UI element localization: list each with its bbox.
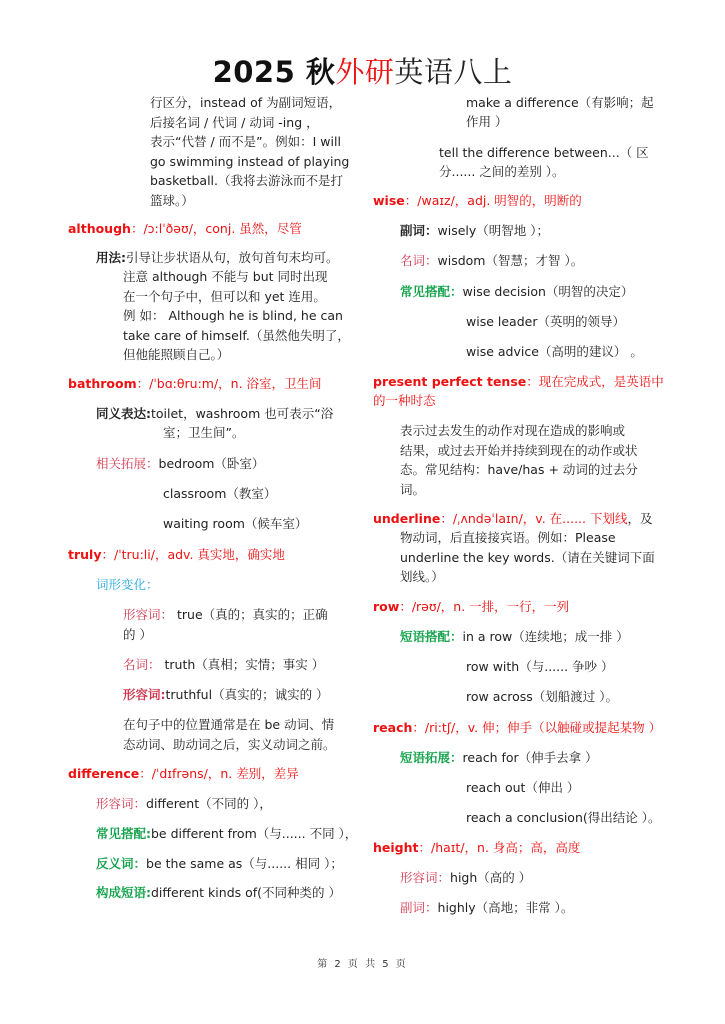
text-line: true（真的；真实的；正确	[173, 607, 328, 622]
text-line: classroom（教室）	[163, 484, 276, 502]
text-line: different（不同的 ），	[146, 796, 272, 811]
text-line: 行区分，instead of 为副词短语，	[150, 93, 350, 113]
entry-truly-heading: truly：/ˈtru:li/，adv. 真实地，确实地	[68, 545, 285, 564]
text-line: row across（划船渡过 ）。	[466, 687, 618, 705]
form-label: 形容词：	[123, 607, 173, 622]
item-label: 形容词：	[400, 870, 450, 885]
entry-present-perfect-heading: present perfect tense：现在完成式，是英语中	[373, 372, 664, 391]
entry-bathroom-heading: bathroom：/ˈbɑ:θru:m/，n. 浴室，卫生间	[68, 374, 322, 393]
text-line: highly（高地；非常 ）。	[438, 900, 574, 915]
text-line: reach out（伸出 ）	[466, 778, 579, 796]
text-line: tell the difference between...（ 区	[439, 143, 649, 161]
text-line: 在一个句子中，但可以和 yet 连用。	[123, 287, 353, 307]
title-subject: 英语八上	[394, 55, 512, 89]
entry-although-heading: although：/ɔ:lˈðəʊ/，conj. 虽然，尽管	[68, 219, 302, 238]
text-line: wise decision（明智的决定）	[463, 284, 634, 299]
text-line: 但他能照顾自己。）	[123, 345, 353, 365]
synonym-row: 同义表达:toilet，washroom 也可表示“浴	[96, 404, 333, 422]
headword: difference	[68, 766, 139, 781]
related-row: 相关拓展：bedroom（卧室）	[96, 454, 264, 472]
form-label: 名词：	[123, 657, 161, 672]
text-line: be different from（与...... 不同 ），	[151, 826, 357, 841]
usage-row: 用法:引导让步状语从句，放句首句末均可。	[96, 248, 339, 266]
text-line: 态动词、助动词之后，实义动词之前。	[123, 735, 358, 755]
form-adjective-2: 形容词:truthful（真实的；诚实的 ）	[123, 685, 329, 703]
text-line: ，及	[627, 511, 652, 526]
text-line: waiting room（候车室）	[163, 514, 307, 532]
row-phrases: 短语搭配：in a row（连续地；成一排 ）	[400, 627, 629, 645]
text-line: bedroom（卧室）	[159, 456, 265, 471]
text-line: truthful（真实的；诚实的 ）	[166, 687, 329, 702]
difference-collocation: 常见搭配:be different from（与...... 不同 ），	[96, 824, 357, 842]
entry-difference-heading: difference：/ˈdɪfrəns/，n. 差别，差异	[68, 764, 299, 783]
text-line: make a difference（有影响；起	[466, 93, 654, 111]
wise-adverb: 副词：wisely（明智地 ）；	[400, 221, 549, 239]
text-line: 物动词，后直接接宾语。例如：Please	[400, 528, 660, 548]
text-line: wisely（明智地 ）；	[438, 223, 550, 238]
headword: underline	[373, 511, 440, 526]
item-label: 名词：	[400, 253, 438, 268]
text-line: underline the key words.（请在关键词下面	[400, 548, 660, 568]
headword: reach	[373, 720, 412, 735]
title-publisher: 外研	[335, 55, 394, 89]
difference-adjective: 形容词：different（不同的 ），	[96, 794, 272, 812]
headword: although	[68, 221, 131, 236]
entry-wise-heading: wise：/waɪz/，adj. 明智的，明断的	[373, 191, 582, 210]
item-label: 副词：	[400, 900, 438, 915]
underline-body: 物动词，后直接接宾语。例如：Please underline the key w…	[400, 528, 660, 587]
item-label: 常见搭配：	[400, 284, 463, 299]
wise-noun: 名词：wisdom（智慧；才智 ）。	[400, 251, 583, 269]
text-line: 篮球。）	[150, 191, 350, 211]
text-line: 后接名词 / 代词 / 动词 -ing ，	[150, 113, 350, 133]
definition: ：现在完成式，是英语中	[526, 374, 664, 389]
text-line: go swimming instead of playing	[150, 152, 350, 172]
headword: present perfect tense	[373, 374, 526, 389]
definition: ：/ˈdɪfrəns/，n. 差别，差异	[139, 766, 298, 781]
text-line: 作用 ）	[466, 112, 507, 130]
form-adjective: 形容词： true（真的；真实的；正确	[123, 605, 328, 623]
definition: ：/rəʊ/，n. 一排，一行，一列	[399, 599, 569, 614]
text-line: 表示过去发生的动作对现在造成的影响或	[400, 421, 660, 441]
entry-underline-heading: underline：/ˌʌndəˈlaɪn/，v. 在...... 下划线，及	[373, 509, 653, 528]
headword: truly	[68, 547, 101, 562]
item-label: 副词：	[400, 223, 438, 238]
text-line: reach a conclusion(得出结论 ）。	[466, 808, 660, 826]
text-line: wisdom（智慧；才智 ）。	[438, 253, 584, 268]
forms-label: 词形变化：	[96, 575, 159, 593]
text-line: toilet，washroom 也可表示“浴	[151, 406, 333, 421]
definition: ：/haɪt/，n. 身高；高，高度	[418, 840, 580, 855]
item-label: 短语搭配：	[400, 629, 463, 644]
text-line: wise advice（高明的建议） 。	[466, 342, 643, 360]
item-label: 短语拓展：	[400, 750, 463, 765]
reach-phrases: 短语拓展：reach for（伸手去拿 ）	[400, 748, 598, 766]
height-adjective: 形容词：high（高的 ）	[400, 868, 531, 886]
text-line: different kinds of(不同种类的 ）	[151, 885, 341, 900]
synonym-label: 同义表达:	[96, 406, 151, 421]
position-note: 在句子中的位置通常是在 be 动词、情 态动词、助动词之后，实义动词之前。	[123, 715, 358, 754]
definition: ：/waɪz/，adj. 明智的，明断的	[405, 193, 582, 208]
definition: ：/ˌʌndəˈlaɪn/，v. 在...... 下划线	[440, 511, 627, 526]
definition: ：/ˈtru:li/，adv. 真实地，确实地	[101, 547, 284, 562]
entry-reach-heading: reach：/ri:tʃ/，v. 伸；伸手（以触碰或提起某物 ）	[373, 718, 661, 737]
text-line: 词。	[400, 480, 660, 500]
usage-body: 注意 although 不能与 but 同时出现 在一个句子中，但可以和 yet…	[123, 267, 353, 365]
difference-phrase: 构成短语:different kinds of(不同种类的 ）	[96, 883, 341, 901]
definition: ：/ˈbɑ:θru:m/，n. 浴室，卫生间	[137, 376, 322, 391]
text-line: 引导让步状语从句，放句首句末均可。	[126, 250, 339, 265]
headword: row	[373, 599, 399, 614]
text-line: take care of himself.（虽然他失明了，	[123, 326, 353, 346]
item-label: 反义词：	[96, 856, 146, 871]
text-line: 的 ）	[123, 625, 152, 643]
definition: ：/ri:tʃ/，v. 伸；伸手（以触碰或提起某物 ）	[412, 720, 661, 735]
text-line: 例 如： Although he is blind, he can	[123, 306, 353, 326]
difference-antonym: 反义词：be the same as（与...... 相同 ）；	[96, 854, 343, 872]
usage-label: 用法:	[96, 250, 126, 265]
text-line: row with（与...... 争吵 ）	[466, 657, 614, 675]
item-label: 常见搭配:	[96, 826, 151, 841]
title-year: 2025 秋	[213, 55, 336, 89]
text-line: 分...... 之间的差别 ）。	[439, 162, 565, 180]
form-label: 形容词:	[123, 687, 166, 702]
text-line: 划线。）	[400, 567, 660, 587]
page-number: 第 2 页 共 5 页	[0, 955, 725, 970]
text-line: 注意 although 不能与 but 同时出现	[123, 267, 353, 287]
headword: wise	[373, 193, 405, 208]
text-line: be the same as（与...... 相同 ）；	[146, 856, 343, 871]
text-line: basketball.（我将去游泳而不是打	[150, 171, 350, 191]
item-label: 构成短语:	[96, 885, 151, 900]
item-label: 形容词：	[96, 796, 146, 811]
text-line: wise leader（英明的领导）	[466, 312, 625, 330]
form-noun: 名词： truth（真相；实情；事实 ）	[123, 655, 324, 673]
document-title: 2025 秋外研英语八上	[0, 50, 725, 91]
text-line: high（高的 ）	[450, 870, 531, 885]
text-line: 结果，或过去开始并持续到现在的动作或状	[400, 441, 660, 461]
headword: bathroom	[68, 376, 137, 391]
definition: 的一种时态	[373, 391, 436, 410]
text-line: truth（真相；实情；事实 ）	[161, 657, 325, 672]
text-line: reach for（伸手去拿 ）	[463, 750, 598, 765]
text-line: in a row（连续地；成一排 ）	[463, 629, 629, 644]
instead-of-continued: 行区分，instead of 为副词短语， 后接名词 / 代词 / 动词 -in…	[150, 93, 350, 211]
text-line: 室；卫生间”。	[163, 423, 244, 441]
related-label: 相关拓展：	[96, 456, 159, 471]
entry-height-heading: height：/haɪt/，n. 身高；高，高度	[373, 838, 580, 857]
headword: height	[373, 840, 418, 855]
height-adverb: 副词：highly（高地；非常 ）。	[400, 898, 573, 916]
wise-collocation: 常见搭配：wise decision（明智的决定）	[400, 282, 633, 300]
text-line: 表示“代替 / 而不是”。例如：I will	[150, 132, 350, 152]
entry-row-heading: row：/rəʊ/，n. 一排，一行，一列	[373, 597, 569, 616]
definition: ：/ɔ:lˈðəʊ/，conj. 虽然，尽管	[131, 221, 302, 236]
text-line: 态。常见结构：have/has + 动词的过去分	[400, 460, 660, 480]
text-line: 在句子中的位置通常是在 be 动词、情	[123, 715, 358, 735]
present-perfect-explanation: 表示过去发生的动作对现在造成的影响或 结果，或过去开始并持续到现在的动作或状 态…	[400, 421, 660, 499]
